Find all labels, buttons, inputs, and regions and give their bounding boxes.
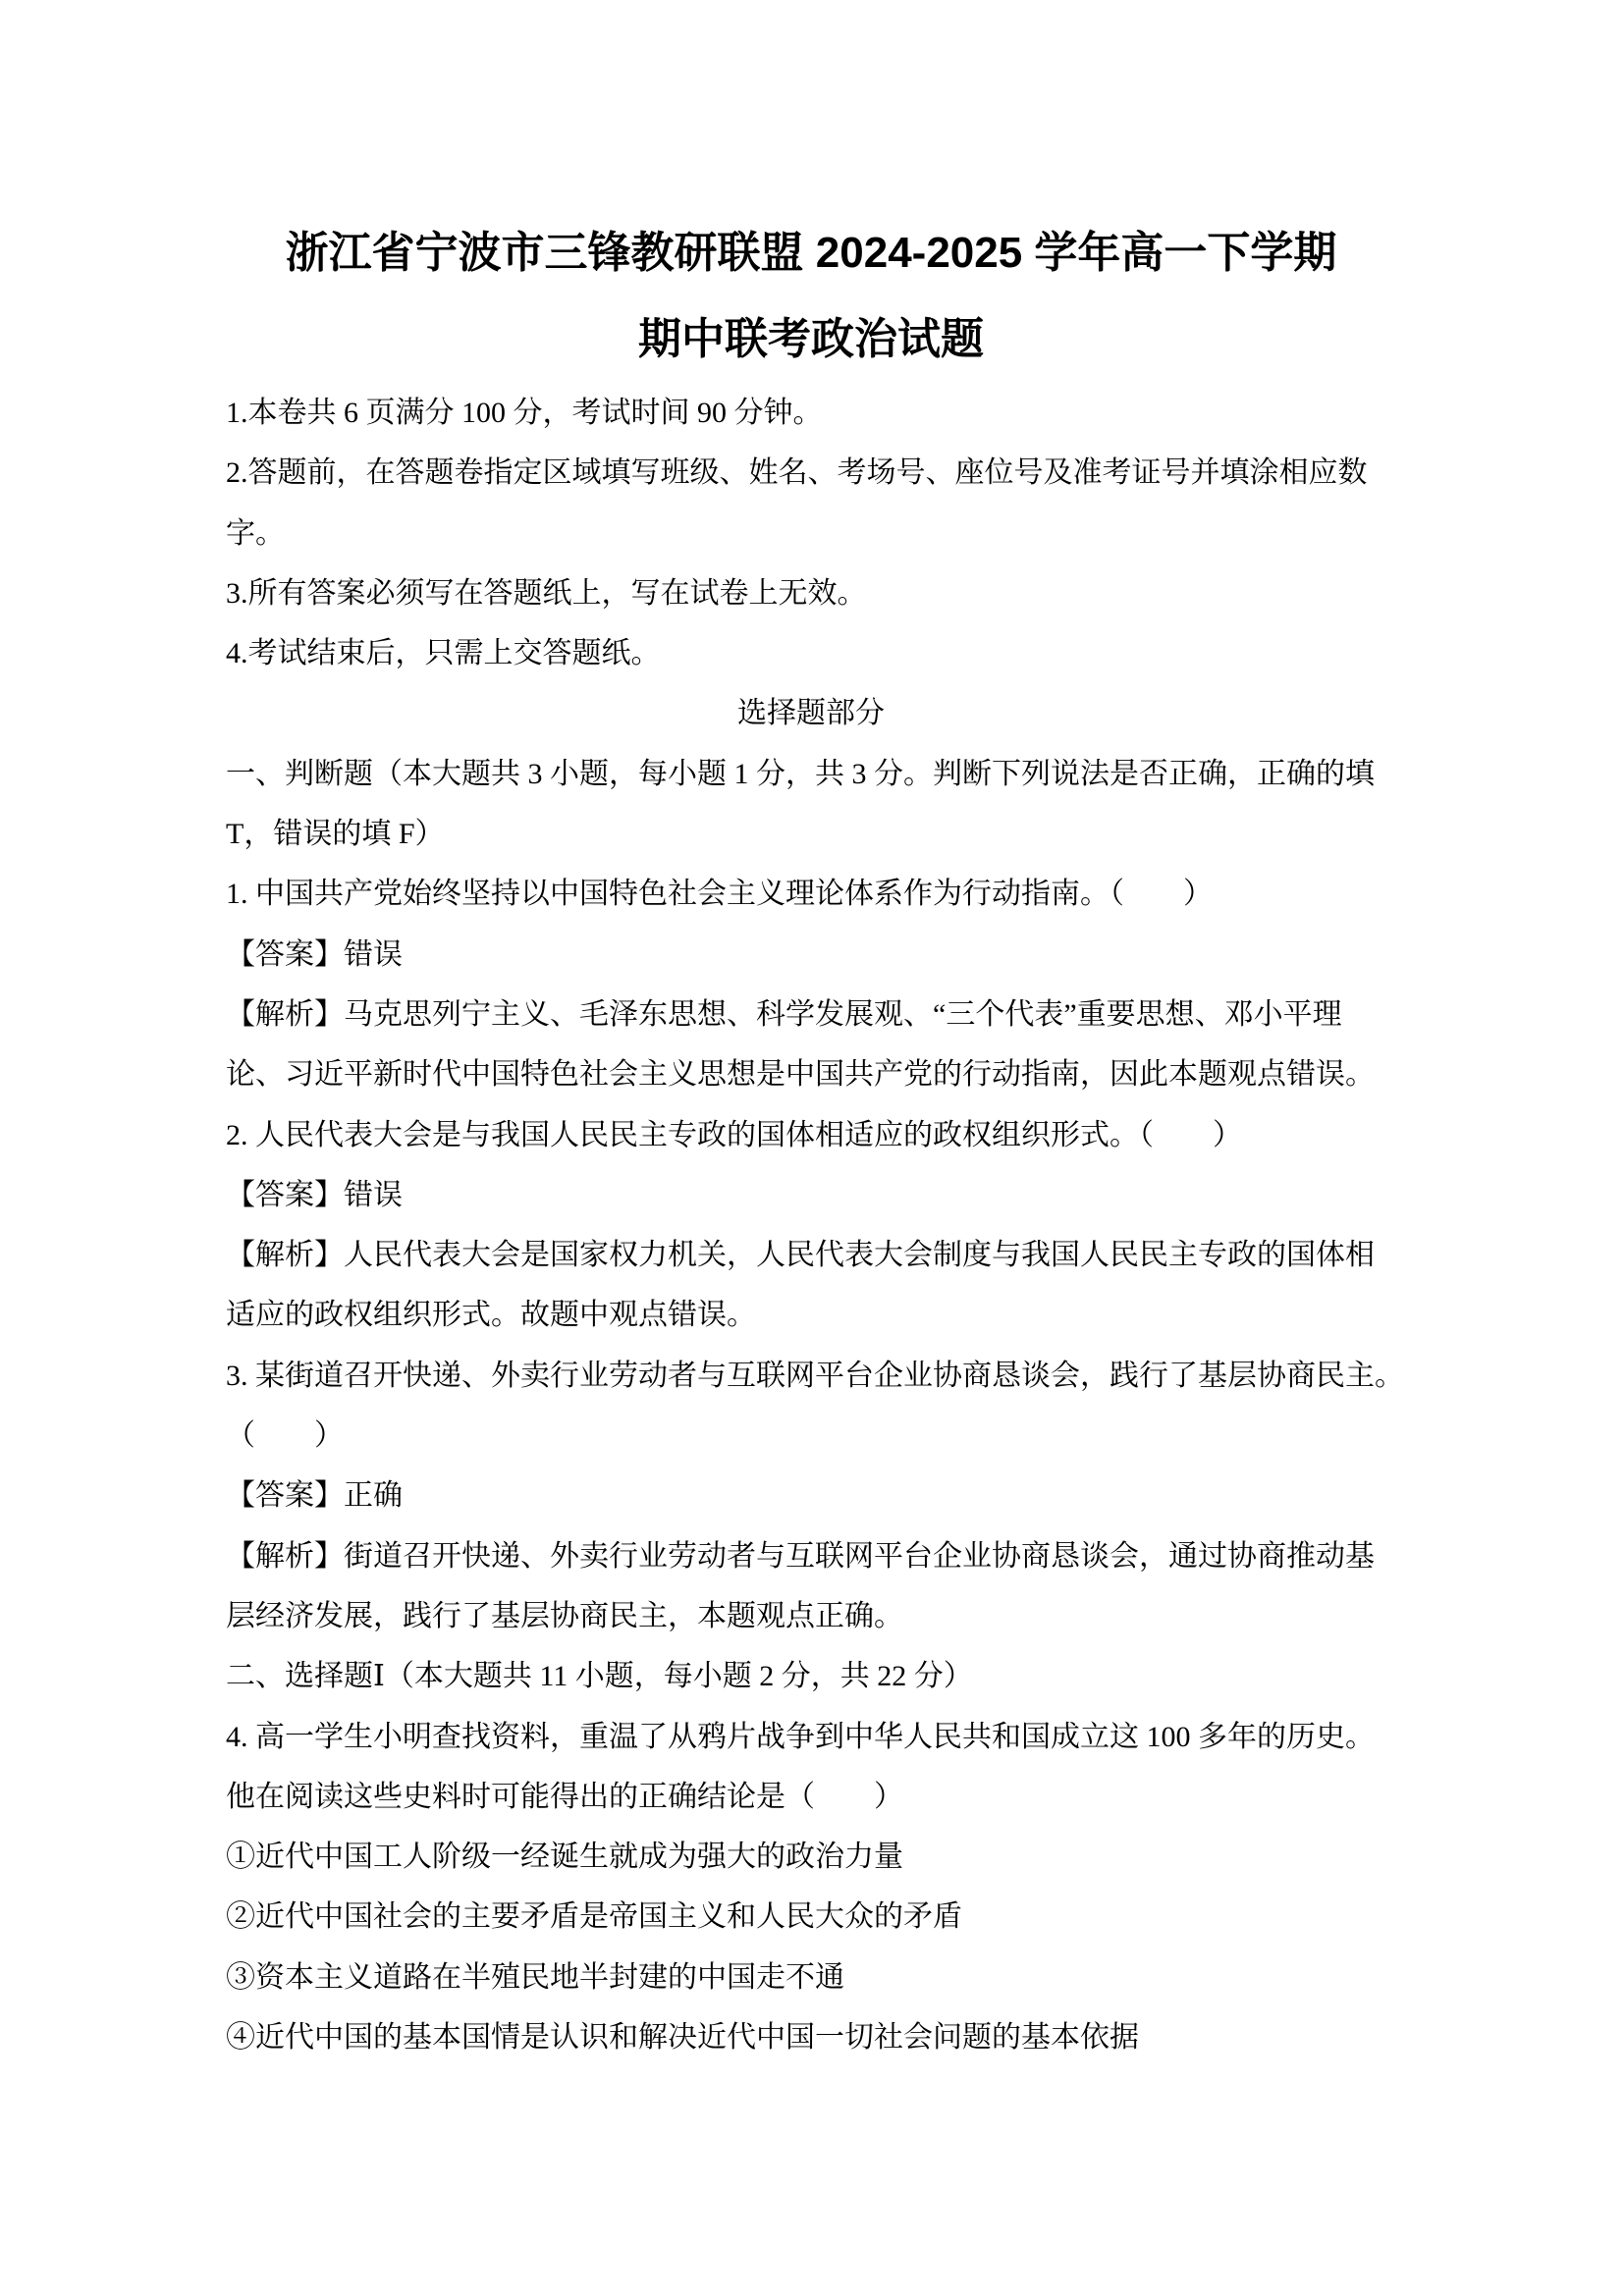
question-3-analysis-2: 层经济发展，践行了基层协商民主，本题观点正确。 xyxy=(226,1586,1396,1646)
question-1-stem: 1. 中国共产党始终坚持以中国特色社会主义理论体系作为行动指南。（ ） xyxy=(226,864,1396,924)
question-4-option-3: ③资本主义道路在半殖民地半封建的中国走不通 xyxy=(226,1948,1396,2007)
text-column: 浙江省宁波市三锋教研联盟 2024-2025 学年高一下学期 期中联考政治试题 … xyxy=(226,210,1396,2067)
question-3-analysis-1: 【解析】街道召开快递、外卖行业劳动者与互联网平台企业协商恳谈会，通过协商推动基 xyxy=(226,1526,1396,1586)
judge-section-heading-continuation: T，错误的填 F） xyxy=(226,804,1396,864)
question-4-option-4: ④近代中国的基本国情是认识和解决近代中国一切社会问题的基本依据 xyxy=(226,2007,1396,2067)
exam-title-line-1: 浙江省宁波市三锋教研联盟 2024-2025 学年高一下学期 xyxy=(226,210,1396,296)
section-header: 选择题部分 xyxy=(226,683,1396,743)
question-2-analysis-2: 适应的政权组织形式。故题中观点错误。 xyxy=(226,1285,1396,1345)
question-3-stem-1: 3. 某街道召开快递、外卖行业劳动者与互联网平台企业协商恳谈会，践行了基层协商民… xyxy=(226,1346,1396,1406)
exam-document-page: 浙江省宁波市三锋教研联盟 2024-2025 学年高一下学期 期中联考政治试题 … xyxy=(0,0,1624,2296)
judge-section-heading: 一、判断题（本大题共 3 小题，每小题 1 分，共 3 分。判断下列说法是否正确… xyxy=(226,744,1396,804)
question-1-analysis-2: 论、习近平新时代中国特色社会主义思想是中国共产党的行动指南，因此本题观点错误。 xyxy=(226,1044,1396,1104)
question-4-stem-1: 4. 高一学生小明查找资料，重温了从鸦片战争到中华人民共和国成立这 100 多年… xyxy=(226,1707,1396,1767)
notice-2-continuation: 字。 xyxy=(226,504,1396,563)
question-2-analysis-1: 【解析】人民代表大会是国家权力机关，人民代表大会制度与我国人民民主专政的国体相 xyxy=(226,1225,1396,1285)
notice-3: 3.所有答案必须写在答题纸上，写在试卷上无效。 xyxy=(226,563,1396,623)
notice-1: 1.本卷共 6 页满分 100 分，考试时间 90 分钟。 xyxy=(226,383,1396,443)
question-1-answer: 【答案】错误 xyxy=(226,925,1396,985)
question-1-analysis-1: 【解析】马克思列宁主义、毛泽东思想、科学发展观、“三个代表”重要思想、邓小平理 xyxy=(226,985,1396,1044)
question-4-stem-2: 他在阅读这些史料时可能得出的正确结论是（ ） xyxy=(226,1767,1396,1827)
notice-2: 2.答题前，在答题卷指定区域填写班级、姓名、考场号、座位号及准考证号并填涂相应数 xyxy=(226,443,1396,503)
question-3-answer: 【答案】正确 xyxy=(226,1466,1396,1525)
question-2-answer: 【答案】错误 xyxy=(226,1165,1396,1225)
exam-title-line-2: 期中联考政治试题 xyxy=(226,296,1396,383)
question-4-option-2: ②近代中国社会的主要矛盾是帝国主义和人民大众的矛盾 xyxy=(226,1887,1396,1947)
question-3-stem-2: （ ） xyxy=(226,1406,1396,1466)
notice-4: 4.考试结束后，只需上交答题纸。 xyxy=(226,623,1396,683)
choice-section-heading: 二、选择题Ⅰ（本大题共 11 小题，每小题 2 分，共 22 分） xyxy=(226,1646,1396,1706)
question-2-stem: 2. 人民代表大会是与我国人民民主专政的国体相适应的政权组织形式。（ ） xyxy=(226,1105,1396,1165)
question-4-option-1: ①近代中国工人阶级一经诞生就成为强大的政治力量 xyxy=(226,1827,1396,1887)
